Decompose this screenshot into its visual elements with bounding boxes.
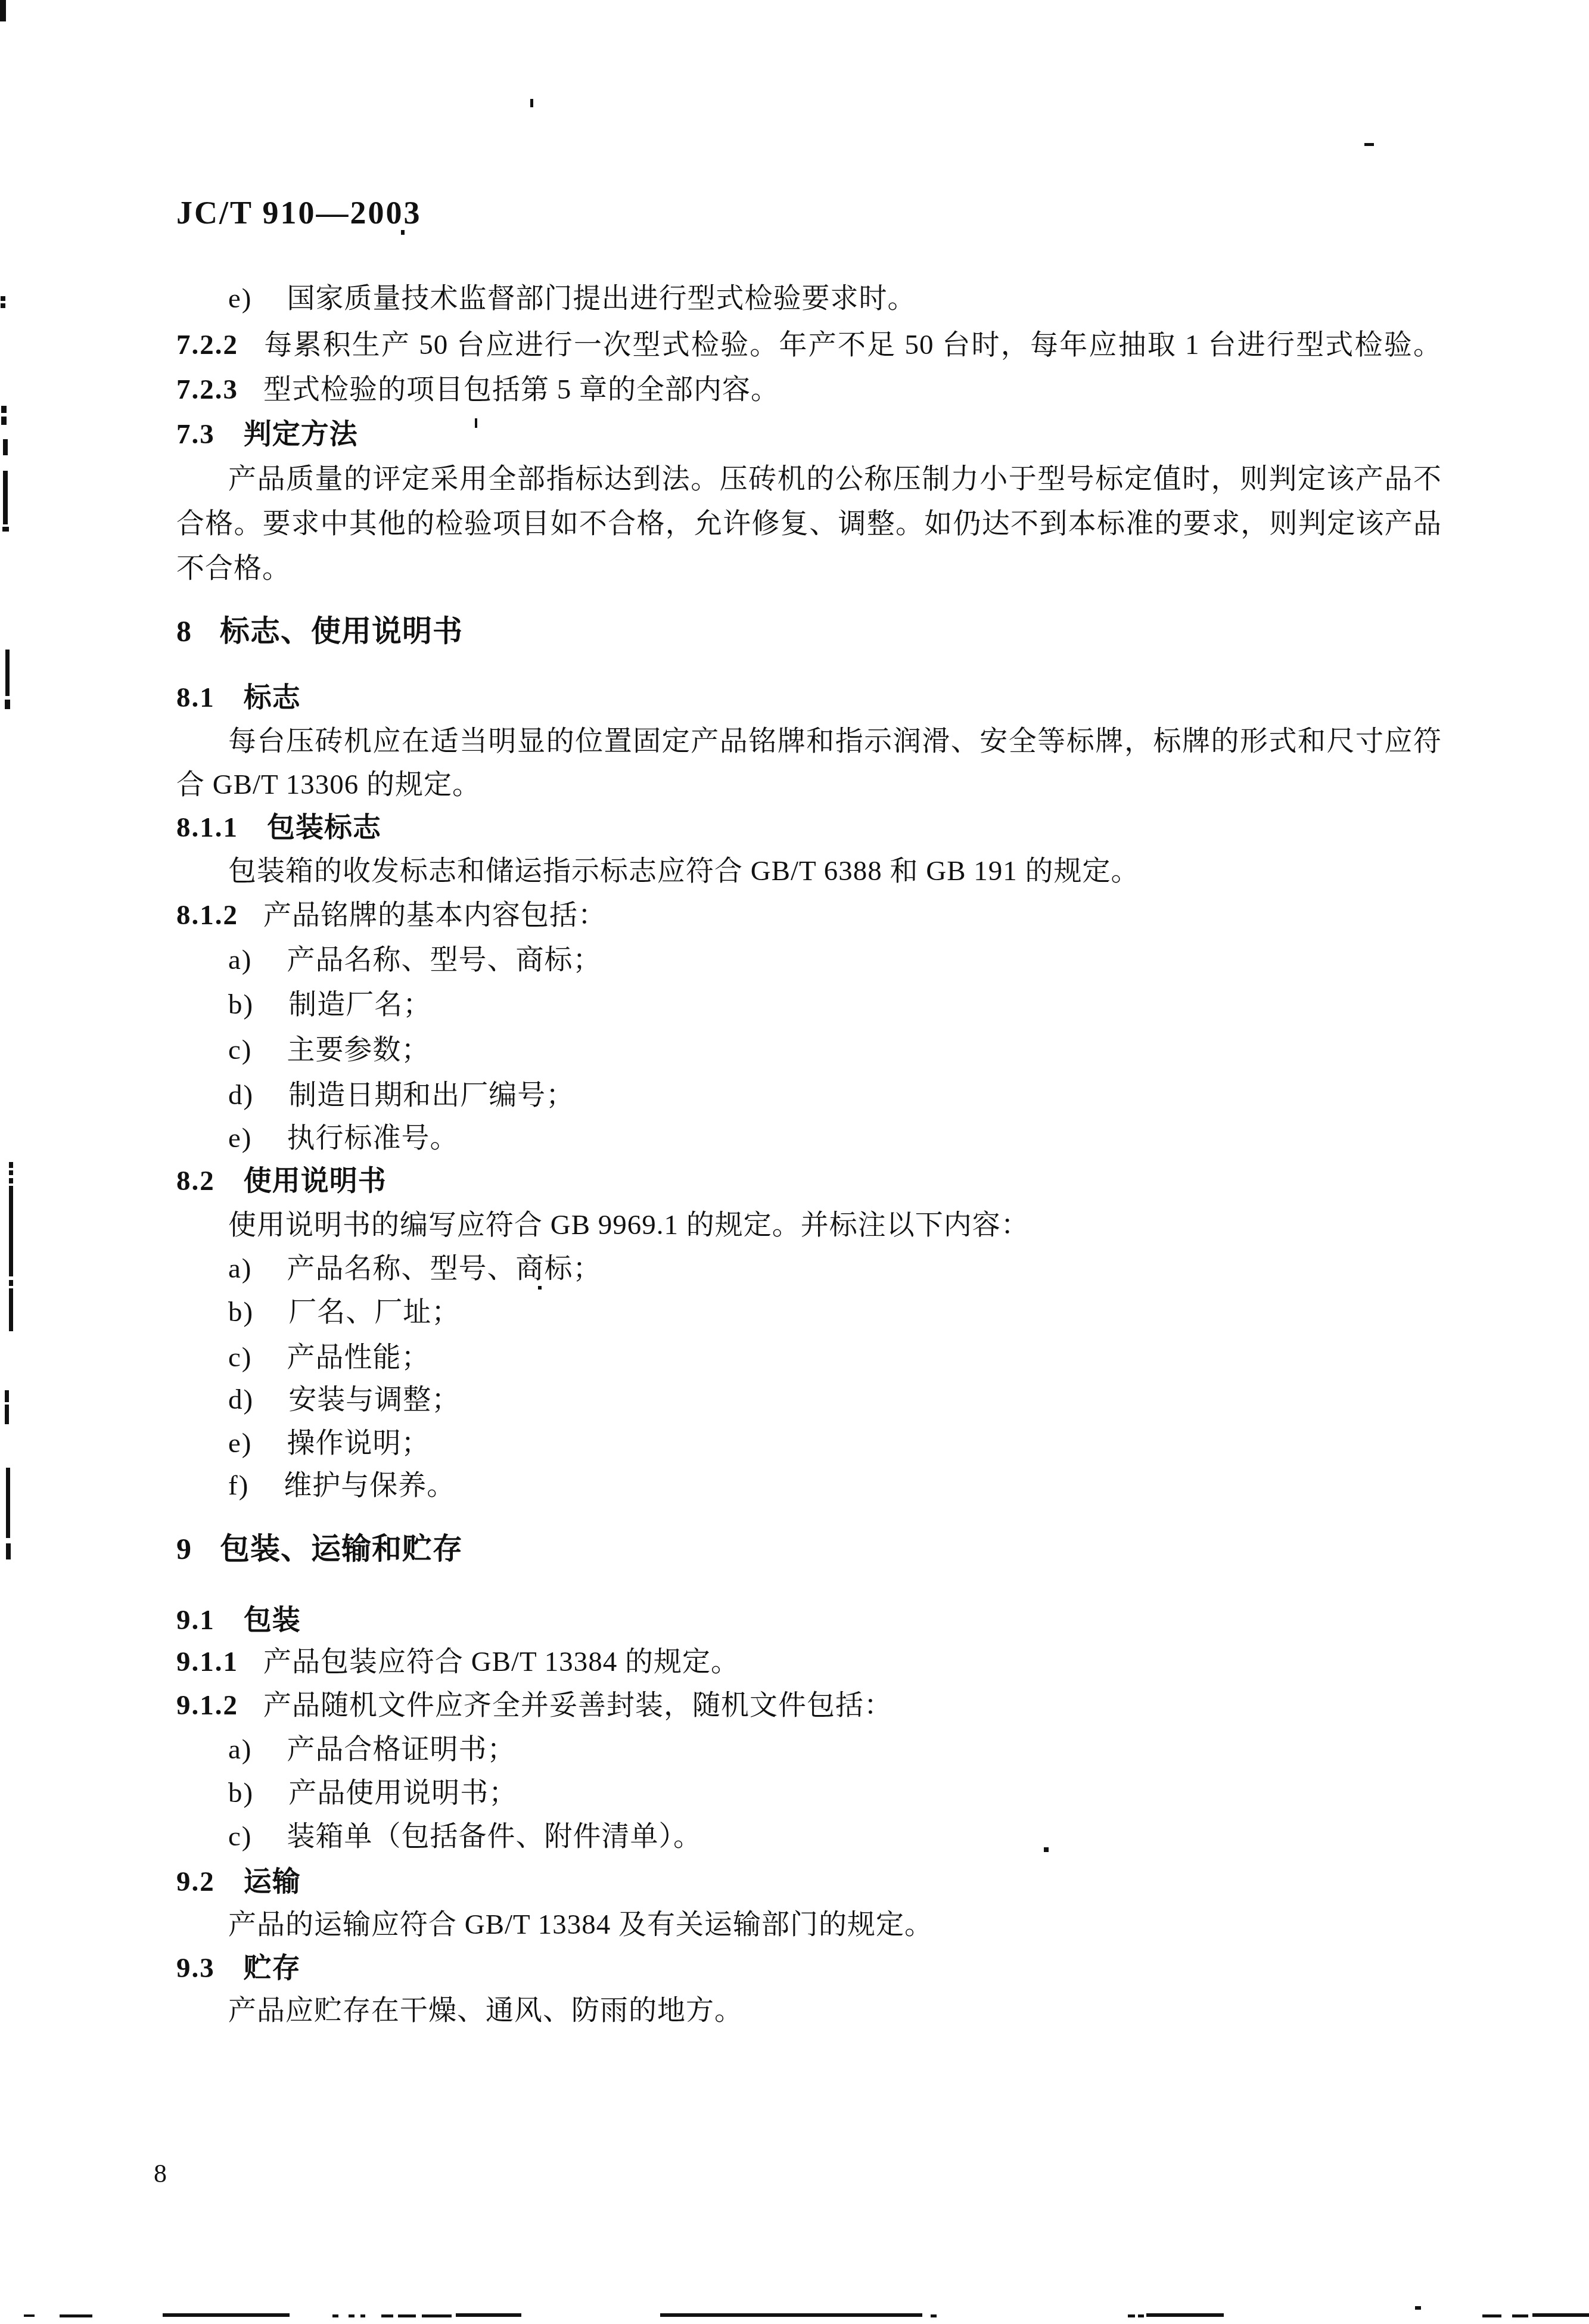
- scan-artifact: [1044, 1847, 1049, 1852]
- clause-9-1-2: 9.1.2产品随机文件应齐全并妥善封装，随机文件包括：: [176, 1687, 893, 1724]
- scan-artifact: [1415, 2306, 1421, 2310]
- clause-8-1-2: 8.1.2产品铭牌的基本内容包括：: [176, 897, 607, 934]
- scan-artifact: [1, 417, 7, 425]
- paragraph-judgement-3: 不合格。: [176, 550, 291, 587]
- clause-9-1-1: 9.1.1产品包装应符合 GB/T 13384 的规定。: [176, 1643, 739, 1680]
- scan-artifact: [9, 1288, 13, 1331]
- scan-artifact: [5, 1390, 9, 1402]
- scan-artifact: [3, 471, 8, 524]
- scan-artifact: [163, 2313, 290, 2317]
- scan-artifact: [9, 1280, 13, 1286]
- list-item-b-manual: b)厂名、厂址；: [228, 1294, 460, 1331]
- scan-artifact: [475, 418, 477, 428]
- paragraph-manual: 使用说明书的编写应符合 GB 9969.1 的规定。并标注以下内容：: [228, 1207, 1030, 1244]
- clause-7-2-3: 7.2.3型式检验的项目包括第 5 章的全部内容。: [176, 371, 779, 408]
- scan-artifact: [530, 99, 533, 107]
- scan-artifact: [1128, 2314, 1135, 2317]
- scan-artifact: [9, 1162, 13, 1168]
- scan-artifact: [1, 303, 5, 308]
- clause-8-1-1-heading: 8.1.1包装标志: [176, 809, 381, 846]
- clause-8-1-heading: 8.1标志: [176, 679, 301, 716]
- scan-artifact: [660, 2313, 922, 2317]
- paragraph-storage: 产品应贮存在干燥、通风、防雨的地方。: [228, 1992, 743, 2029]
- standard-number-header: JC/T 910—2003: [176, 194, 422, 231]
- list-item-c-manual: c)产品性能；: [228, 1339, 430, 1376]
- scan-artifact: [398, 2314, 416, 2317]
- scan-artifact: [349, 2314, 355, 2317]
- paragraph-package-marking: 包装箱的收发标志和储运指示标志应符合 GB/T 6388 和 GB 191 的规…: [228, 853, 1140, 890]
- scan-artifact: [9, 1170, 13, 1175]
- scan-artifact: [1, 296, 5, 301]
- paragraph-transport: 产品的运输应符合 GB/T 13384 及有关运输部门的规定。: [228, 1906, 933, 1943]
- scan-artifact: [9, 1186, 13, 1276]
- list-item-c-documents: c)装箱单（包括备件、附件清单）。: [228, 1818, 702, 1855]
- scan-artifact: [5, 700, 10, 709]
- list-item-c-nameplate: c)主要参数；: [228, 1031, 430, 1068]
- scan-artifact: [360, 2314, 365, 2317]
- scan-artifact: [422, 2314, 452, 2317]
- scan-artifact: [3, 439, 8, 455]
- list-item-f-manual: f)维护与保养。: [228, 1467, 455, 1504]
- clause-9-2-heading: 9.2运输: [176, 1863, 301, 1900]
- scan-artifact: [1146, 2313, 1224, 2317]
- scan-artifact: [381, 2314, 393, 2317]
- scan-artifact: [1512, 2314, 1528, 2317]
- scan-artifact: [538, 1286, 542, 1290]
- scan-artifact: [1138, 2314, 1144, 2317]
- list-item-a-nameplate: a)产品名称、型号、商标；: [228, 942, 602, 978]
- scan-artifact: [1482, 2314, 1501, 2317]
- scan-artifact: [931, 2314, 937, 2317]
- scan-artifact: [9, 1178, 13, 1183]
- clause-7-2-2: 7.2.2每累积生产 50 台应进行一次型式检验。年产不足 50 台时，每年应抽…: [176, 327, 1442, 363]
- scan-artifact: [2, 527, 9, 532]
- scan-artifact: [5, 1405, 9, 1424]
- list-item-a-manual: a)产品名称、型号、商标；: [228, 1250, 602, 1287]
- section-8-heading: 8标志、使用说明书: [176, 613, 463, 650]
- list-item-d-manual: d)安装与调整；: [228, 1381, 460, 1418]
- list-item-a-documents: a)产品合格证明书；: [228, 1731, 516, 1768]
- document-page: JC/T 910—2003 e)国家质量技术监督部门提出进行型式检验要求时。 7…: [0, 0, 1589, 2324]
- scan-artifact: [0, 0, 6, 21]
- paragraph-judgement-2: 合格。要求中其他的检验项目如不合格，允许修复、调整。如仍达不到本标准的要求，则判…: [176, 505, 1442, 542]
- scan-artifact: [332, 2314, 338, 2317]
- scan-artifact: [1364, 143, 1374, 146]
- scan-artifact: [24, 2314, 35, 2317]
- scan-artifact: [456, 2313, 521, 2317]
- section-9-heading: 9包装、运输和贮存: [176, 1530, 463, 1567]
- page-number: 8: [154, 2158, 167, 2189]
- scan-artifact: [6, 1543, 11, 1559]
- scan-artifact: [1, 406, 7, 413]
- scan-artifact: [60, 2314, 92, 2317]
- clause-9-1-heading: 9.1包装: [176, 1602, 301, 1639]
- paragraph-marking-2: 合 GB/T 13306 的规定。: [176, 766, 481, 803]
- scan-artifact: [5, 650, 10, 696]
- clause-7-3-heading: 7.3判定方法: [176, 416, 358, 453]
- clause-8-2-heading: 8.2使用说明书: [176, 1163, 387, 1200]
- clause-9-3-heading: 9.3贮存: [176, 1950, 301, 1987]
- list-item-b-documents: b)产品使用说明书；: [228, 1775, 517, 1812]
- list-item-d-nameplate: d)制造日期和出厂编号；: [228, 1077, 574, 1114]
- paragraph-marking-1: 每台压砖机应在适当明显的位置固定产品铭牌和指示润滑、安全等标牌，标牌的形式和尺寸…: [228, 723, 1442, 760]
- scan-artifact: [401, 230, 405, 235]
- paragraph-judgement-1: 产品质量的评定采用全部指标达到法。压砖机的公称压制力小于型号标定值时，则判定该产…: [228, 461, 1442, 498]
- list-item-e-type-inspection: e)国家质量技术监督部门提出进行型式检验要求时。: [228, 280, 916, 317]
- scan-artifact: [6, 1468, 10, 1538]
- scan-artifact: [1532, 2313, 1589, 2317]
- list-item-e-nameplate: e)执行标准号。: [228, 1120, 459, 1157]
- list-item-b-nameplate: b)制造厂名；: [228, 986, 431, 1023]
- list-item-e-manual: e)操作说明；: [228, 1425, 430, 1462]
